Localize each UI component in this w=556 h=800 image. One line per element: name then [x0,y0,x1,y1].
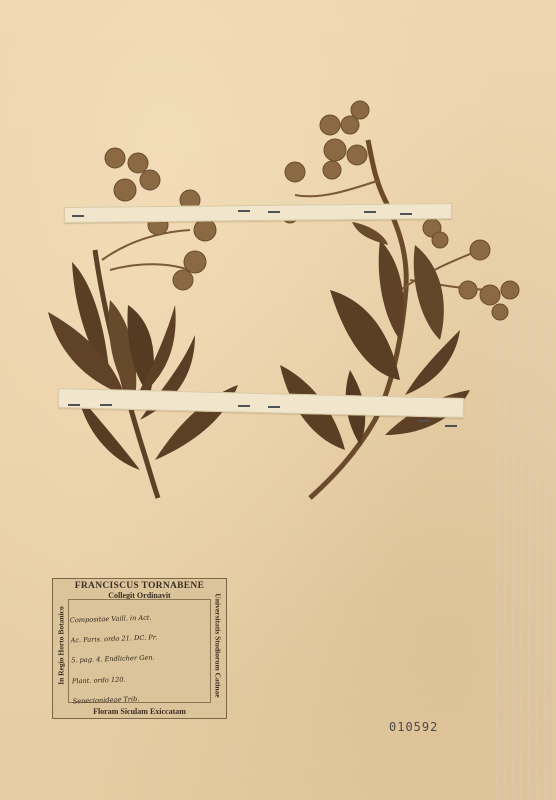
strap-stitch [268,406,280,408]
strap-stitch [72,215,84,217]
strap-stitch [364,211,376,213]
catalog-number: 010592 [389,720,438,734]
strap-stitch [268,211,280,213]
handwritten-line: 5. pag. 4. Endlicher Gen. [71,651,208,666]
label-footer: Floram Siculam Exiccatam [53,707,226,716]
strap-stitch [418,420,430,422]
herbarium-label: FRANCISCUS TORNABENE Collegit Ordinavit … [52,578,227,719]
left-specimen [48,148,238,498]
strap-stitch [238,210,250,212]
herbarium-sheet: FRANCISCUS TORNABENE Collegit Ordinavit … [0,0,556,800]
strap-stitch [400,213,412,215]
right-specimen [280,101,519,498]
handwritten-line: Ac. Paris. ordo 21. DC. Pr. [70,631,207,646]
strap-stitch [100,404,112,406]
label-handwritten-notes: Compositae Vaill. in Act. Ac. Paris. ord… [69,601,209,705]
label-left-side-text: In Regio Horto Botanico [57,586,66,706]
handwritten-line: Compositae Vaill. in Act. [70,611,207,626]
strap-stitch [68,404,80,406]
label-right-side-text: Universitatis Studiorum Catinae [214,586,223,706]
handwritten-line: Plant. ordo 120. [72,671,209,686]
strap-stitch [238,405,250,407]
label-collector: FRANCISCUS TORNABENE [53,581,226,591]
strap-stitch [445,425,457,427]
